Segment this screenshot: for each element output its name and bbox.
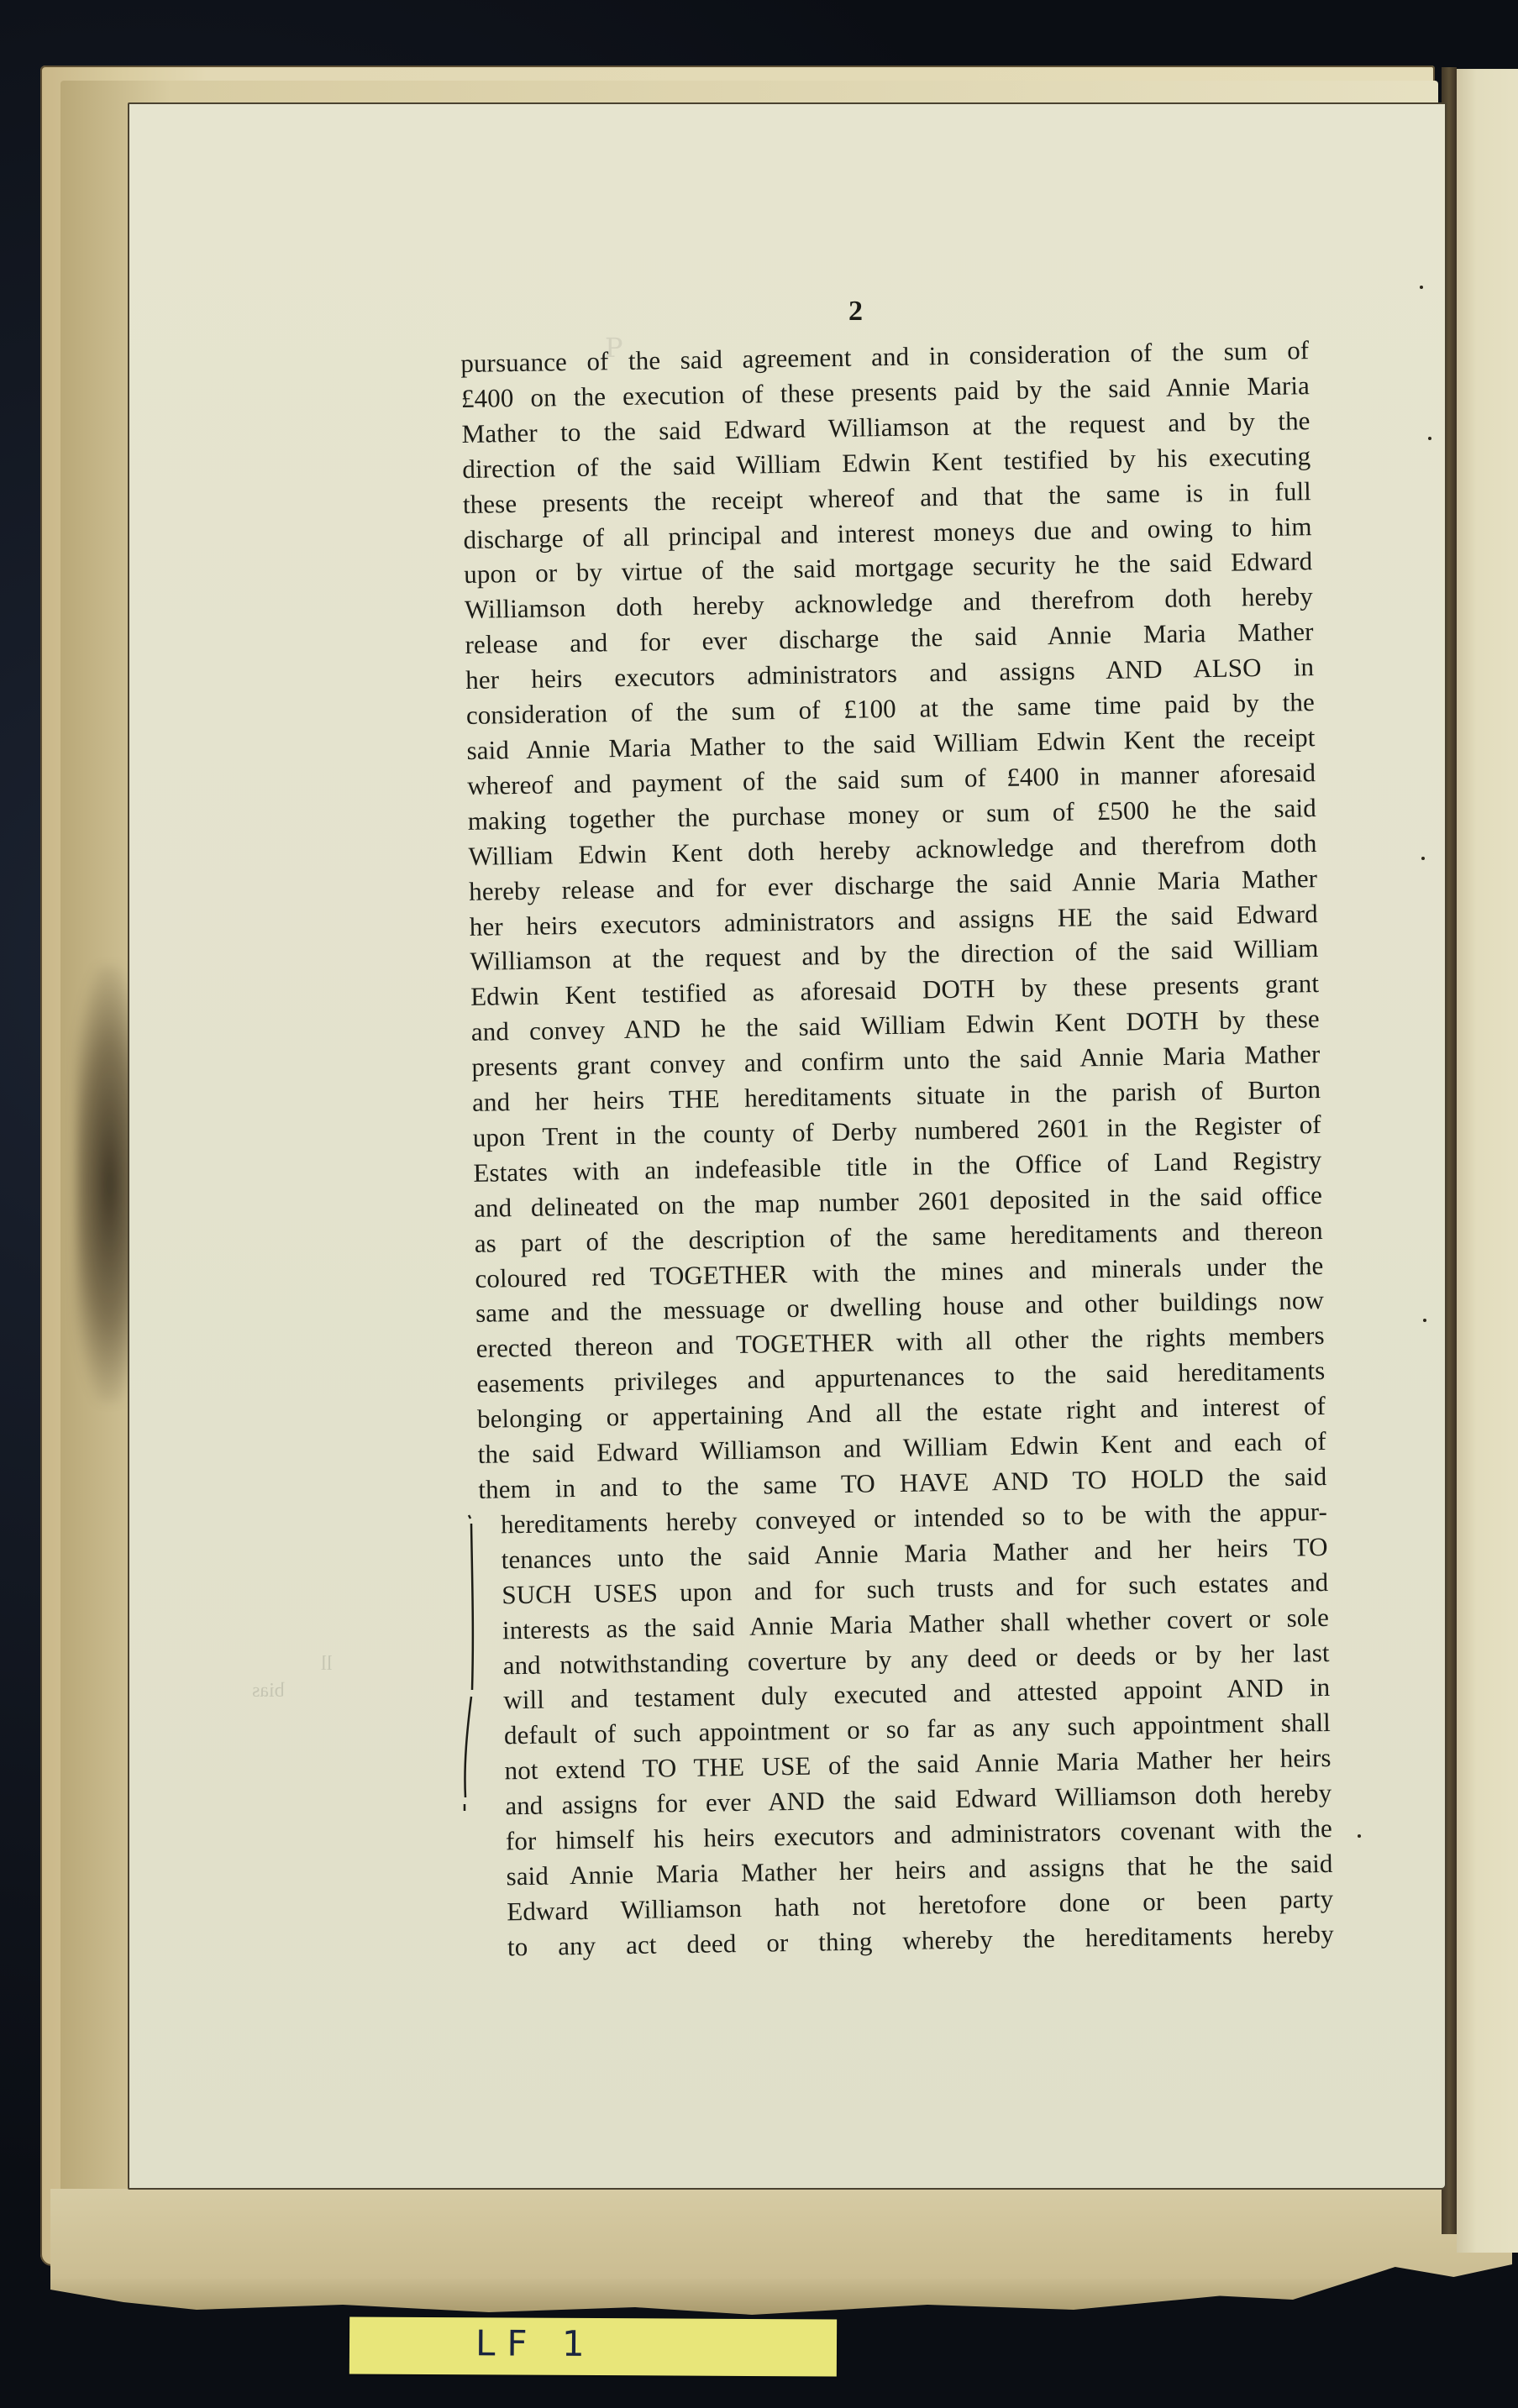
show-through-text: ll bbox=[321, 1653, 332, 1676]
page-number: 2 bbox=[848, 296, 863, 328]
sticky-note: LF 1 bbox=[349, 2316, 837, 2376]
paper-speck bbox=[1358, 1834, 1361, 1838]
torn-bottom-edge bbox=[50, 2189, 1512, 2315]
paper-speck bbox=[1428, 437, 1431, 440]
paper-speck bbox=[1421, 857, 1425, 860]
sticky-note-label: LF 1 bbox=[475, 2322, 596, 2364]
margin-bracket-mark bbox=[460, 1512, 479, 1814]
show-through-text: bias bbox=[252, 1680, 285, 1702]
paper-speck bbox=[1423, 1319, 1426, 1322]
document-body: pursuance of the said agreement and in c… bbox=[460, 333, 1334, 1965]
facing-page-edge bbox=[1457, 69, 1518, 2253]
paper-speck bbox=[1420, 286, 1423, 289]
